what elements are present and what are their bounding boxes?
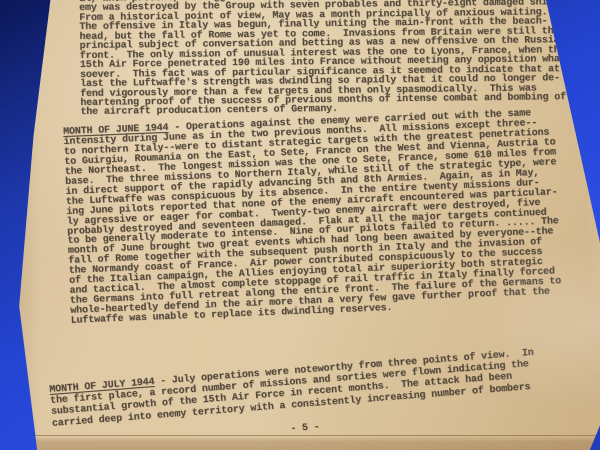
page-number: - 5 - <box>290 422 320 436</box>
paragraph-may-summary: al, when present, not aggressive. In spi… <box>79 0 572 118</box>
paper-left-edge <box>0 0 58 450</box>
paragraph-text: al, when present, not aggressive. In spi… <box>79 0 571 118</box>
paragraph-month-of-july-1944: MONTH OF JULY 1944 - July operations wer… <box>49 348 537 430</box>
photo-of-document: al, when present, not aggressive. In spi… <box>0 0 600 450</box>
paragraph-text: - Operations against the enemy were carr… <box>63 108 561 327</box>
paper-bottom-edge <box>0 435 600 450</box>
paragraph-month-of-june-1944: MONTH OF JUNE 1944 - Operations against … <box>63 108 562 327</box>
document-page: al, when present, not aggressive. In spi… <box>0 0 600 450</box>
